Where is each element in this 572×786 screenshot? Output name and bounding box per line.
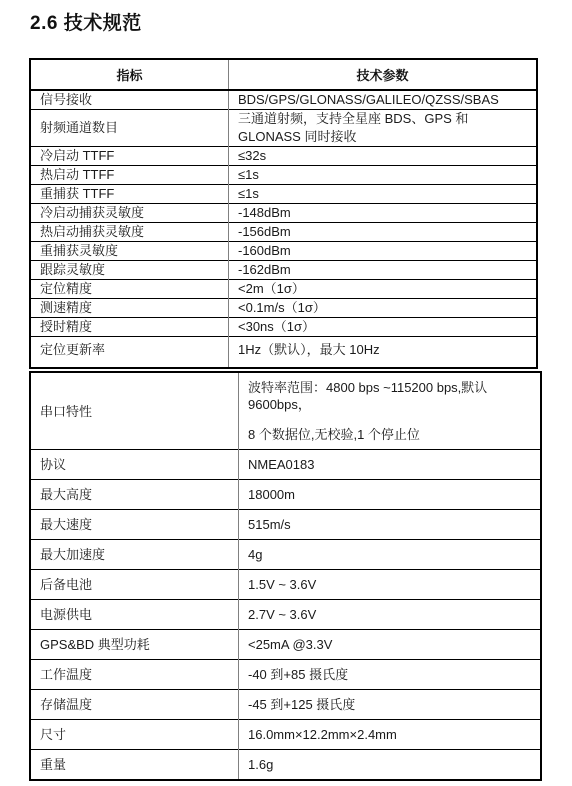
spec-row: 热启动捕获灵敏度-156dBm <box>30 223 537 242</box>
spec-row: 定位精度<2m（1σ） <box>30 280 537 299</box>
spec-value-cell: 515m/s <box>239 510 542 540</box>
spec-label-cell: 串口特性 <box>30 372 239 450</box>
spec-label-cell: GPS&BD 典型功耗 <box>30 630 239 660</box>
spec-label-cell: 授时精度 <box>30 318 229 337</box>
spec-value-line: -45 到+125 摄氏度 <box>248 696 531 713</box>
spec-value-line: 18000m <box>248 486 531 503</box>
spec-value-line: <2m（1σ） <box>238 280 527 298</box>
spec-row: 授时精度<30ns（1σ） <box>30 318 537 337</box>
spec-value-line: <25mA @3.3V <box>248 636 531 653</box>
spec-value-cell: <30ns（1σ） <box>229 318 538 337</box>
spec-value-line: -162dBm <box>238 261 527 279</box>
spec-value-cell: -162dBm <box>229 261 538 280</box>
spec-value-cell: ≤1s <box>229 166 538 185</box>
spec-label-cell: 尺寸 <box>30 720 239 750</box>
spec-value-line: 1Hz（默认），最大 10Hz <box>238 341 527 359</box>
header-parameter: 技术参数 <box>229 59 538 90</box>
spec-label-cell: 重捕获 TTFF <box>30 185 229 204</box>
spec-label-cell: 信号接收 <box>30 90 229 110</box>
spec-row: 测速精度<0.1m/s（1σ） <box>30 299 537 318</box>
spec-value-cell: -45 到+125 摄氏度 <box>239 690 542 720</box>
spec-value-cell: ≤1s <box>229 185 538 204</box>
spec-value-cell: 1Hz（默认），最大 10Hz <box>229 337 538 369</box>
spec-label-cell: 工作温度 <box>30 660 239 690</box>
spec-value-cell: 18000m <box>239 480 542 510</box>
spec-label-cell: 定位更新率 <box>30 337 229 369</box>
spec-label-cell: 热启动 TTFF <box>30 166 229 185</box>
spec-value-cell: ≤32s <box>229 147 538 166</box>
spec-value-line: 三通道射频，支持全星座 BDS、GPS 和 GLONASS 同时接收 <box>238 110 527 146</box>
spec-row: 协议NMEA0183 <box>30 450 541 480</box>
spec-value-line: ≤1s <box>238 185 527 203</box>
spec-table-secondary-body: 串口特性波特率范围：4800 bps ~115200 bps,默认 9600bp… <box>30 372 541 780</box>
spec-value-cell: 4g <box>239 540 542 570</box>
spec-row: 存储温度-45 到+125 摄氏度 <box>30 690 541 720</box>
spec-row: 跟踪灵敏度-162dBm <box>30 261 537 280</box>
spec-value-cell: 16.0mm×12.2mm×2.4mm <box>239 720 542 750</box>
spec-value-line: 16.0mm×12.2mm×2.4mm <box>248 726 531 743</box>
spec-value-line: NMEA0183 <box>248 456 531 473</box>
spec-label-cell: 重捕获灵敏度 <box>30 242 229 261</box>
spec-value-line: 1.5V ~ 3.6V <box>248 576 531 593</box>
spec-row: 尺寸16.0mm×12.2mm×2.4mm <box>30 720 541 750</box>
spec-value-line: -156dBm <box>238 223 527 241</box>
spec-row: GPS&BD 典型功耗<25mA @3.3V <box>30 630 541 660</box>
spec-value-cell: <25mA @3.3V <box>239 630 542 660</box>
spec-label-cell: 最大速度 <box>30 510 239 540</box>
spec-value-line: BDS/GPS/GLONASS/GALILEO/QZSS/SBAS <box>238 91 527 109</box>
header-indicator: 指标 <box>30 59 229 90</box>
spec-table-main: 指标 技术参数 信号接收BDS/GPS/GLONASS/GALILEO/QZSS… <box>29 58 538 369</box>
spec-value-cell: -160dBm <box>229 242 538 261</box>
spec-value-line: ≤1s <box>238 166 527 184</box>
spec-value-line: ≤32s <box>238 147 527 165</box>
spec-value-line: 515m/s <box>248 516 531 533</box>
spec-row: 射频通道数目三通道射频，支持全星座 BDS、GPS 和 GLONASS 同时接收 <box>30 110 537 147</box>
spec-value-cell: 三通道射频，支持全星座 BDS、GPS 和 GLONASS 同时接收 <box>229 110 538 147</box>
spec-label-cell: 定位精度 <box>30 280 229 299</box>
spec-value-line: 4g <box>248 546 531 563</box>
spec-label-cell: 测速精度 <box>30 299 229 318</box>
spec-row: 电源供电2.7V ~ 3.6V <box>30 600 541 630</box>
spec-value-line: 2.7V ~ 3.6V <box>248 606 531 623</box>
spec-label-cell: 最大加速度 <box>30 540 239 570</box>
spec-value-cell: NMEA0183 <box>239 450 542 480</box>
spec-row: 工作温度-40 到+85 摄氏度 <box>30 660 541 690</box>
spec-value-line: -40 到+85 摄氏度 <box>248 666 531 683</box>
spec-row: 重量1.6g <box>30 750 541 781</box>
spec-value-line: 波特率范围：4800 bps ~115200 bps,默认 9600bps， <box>248 379 531 413</box>
spec-row: 重捕获 TTFF≤1s <box>30 185 537 204</box>
spec-table-main-body: 信号接收BDS/GPS/GLONASS/GALILEO/QZSS/SBAS射频通… <box>30 90 537 368</box>
spec-value-line: 1.6g <box>248 756 531 773</box>
spec-table-header-row: 指标 技术参数 <box>30 59 537 90</box>
spec-row: 重捕获灵敏度-160dBm <box>30 242 537 261</box>
spec-value-cell: BDS/GPS/GLONASS/GALILEO/QZSS/SBAS <box>229 90 538 110</box>
spec-label-cell: 跟踪灵敏度 <box>30 261 229 280</box>
spec-label-cell: 最大高度 <box>30 480 239 510</box>
spec-label-cell: 后备电池 <box>30 570 239 600</box>
spec-value-cell: 1.5V ~ 3.6V <box>239 570 542 600</box>
spec-value-cell: <2m（1σ） <box>229 280 538 299</box>
section-title: 2.6 技术规范 <box>30 8 142 35</box>
spec-row: 最大高度18000m <box>30 480 541 510</box>
spec-value-cell: 2.7V ~ 3.6V <box>239 600 542 630</box>
spec-value-cell: <0.1m/s（1σ） <box>229 299 538 318</box>
spec-value-cell: -156dBm <box>229 223 538 242</box>
spec-value-line: <30ns（1σ） <box>238 318 527 336</box>
document-page: 2.6 技术规范 指标 技术参数 信号接收BDS/GPS/GLONASS/GAL… <box>0 0 572 786</box>
spec-label-cell: 协议 <box>30 450 239 480</box>
spec-label-cell: 热启动捕获灵敏度 <box>30 223 229 242</box>
spec-label-cell: 电源供电 <box>30 600 239 630</box>
spec-row: 冷启动 TTFF≤32s <box>30 147 537 166</box>
spec-row: 串口特性波特率范围：4800 bps ~115200 bps,默认 9600bp… <box>30 372 541 450</box>
spec-row: 热启动 TTFF≤1s <box>30 166 537 185</box>
spec-value-cell: 波特率范围：4800 bps ~115200 bps,默认 9600bps，8 … <box>239 372 542 450</box>
spec-row: 信号接收BDS/GPS/GLONASS/GALILEO/QZSS/SBAS <box>30 90 537 110</box>
spec-label-cell: 冷启动捕获灵敏度 <box>30 204 229 223</box>
spec-value-line: -160dBm <box>238 242 527 260</box>
spec-value-cell: -148dBm <box>229 204 538 223</box>
spec-row: 定位更新率1Hz（默认），最大 10Hz <box>30 337 537 369</box>
spec-value-cell: 1.6g <box>239 750 542 781</box>
spec-value-line: -148dBm <box>238 204 527 222</box>
spec-value-line: <0.1m/s（1σ） <box>238 299 527 317</box>
spec-label-cell: 射频通道数目 <box>30 110 229 147</box>
spec-row: 后备电池1.5V ~ 3.6V <box>30 570 541 600</box>
spec-label-cell: 存储温度 <box>30 690 239 720</box>
spec-row: 冷启动捕获灵敏度-148dBm <box>30 204 537 223</box>
spec-row: 最大加速度4g <box>30 540 541 570</box>
spec-row: 最大速度515m/s <box>30 510 541 540</box>
spec-value-line: 8 个数据位,无校验,1 个停止位 <box>248 426 531 443</box>
spec-label-cell: 重量 <box>30 750 239 781</box>
spec-label-cell: 冷启动 TTFF <box>30 147 229 166</box>
spec-table-secondary: 串口特性波特率范围：4800 bps ~115200 bps,默认 9600bp… <box>29 371 542 781</box>
spec-value-cell: -40 到+85 摄氏度 <box>239 660 542 690</box>
